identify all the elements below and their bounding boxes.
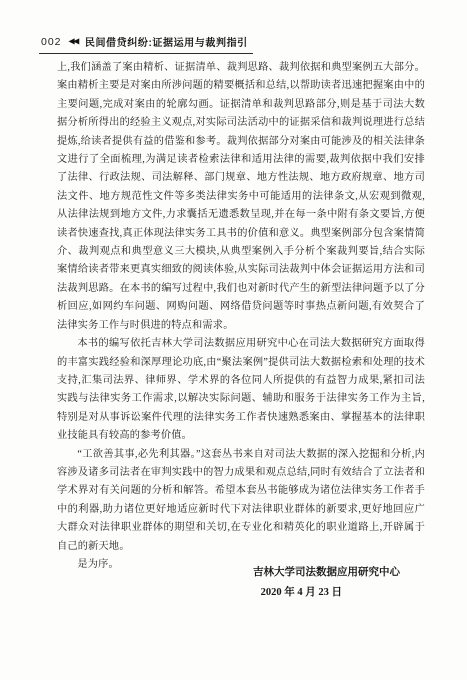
page-number: 002 <box>41 36 62 48</box>
book-page: 002 ◀◀ 民间借贷纠纷:证据运用与裁判指引 上,我们涵盖了案由精析、证据清单… <box>0 0 467 680</box>
signature-date: 2020 年 4 月 23 日 <box>57 583 342 602</box>
running-head-book-title: 民间借贷纠纷:证据运用与裁判指引 <box>85 34 248 49</box>
running-head: 002 ◀◀ 民间借贷纠纷:证据运用与裁判指引 <box>39 34 253 54</box>
double-left-triangle-icon: ◀◀ <box>69 37 78 45</box>
signature-author: 吉林大学司法数据应用研究中心 <box>57 563 400 582</box>
preface-paragraph-2: 本书的编写依托吉林大学司法数据应用研究中心在司法大数据研究方面取得的丰富实践经验… <box>57 335 425 445</box>
preface-paragraph-3: “工欲善其事,必先利其器。”这套丛书来自对司法大数据的深入挖掘和分析,内容涉及诸… <box>57 446 425 556</box>
preface-body: 上,我们涵盖了案由精析、证据清单、裁判思路、裁判依据和典型案例五大部分。案由精析… <box>57 59 425 574</box>
signature-block: 吉林大学司法数据应用研究中心 2020 年 4 月 23 日 <box>57 563 425 602</box>
preface-paragraph-1: 上,我们涵盖了案由精析、证据清单、裁判思路、裁判依据和典型案例五大部分。案由精析… <box>57 59 425 335</box>
